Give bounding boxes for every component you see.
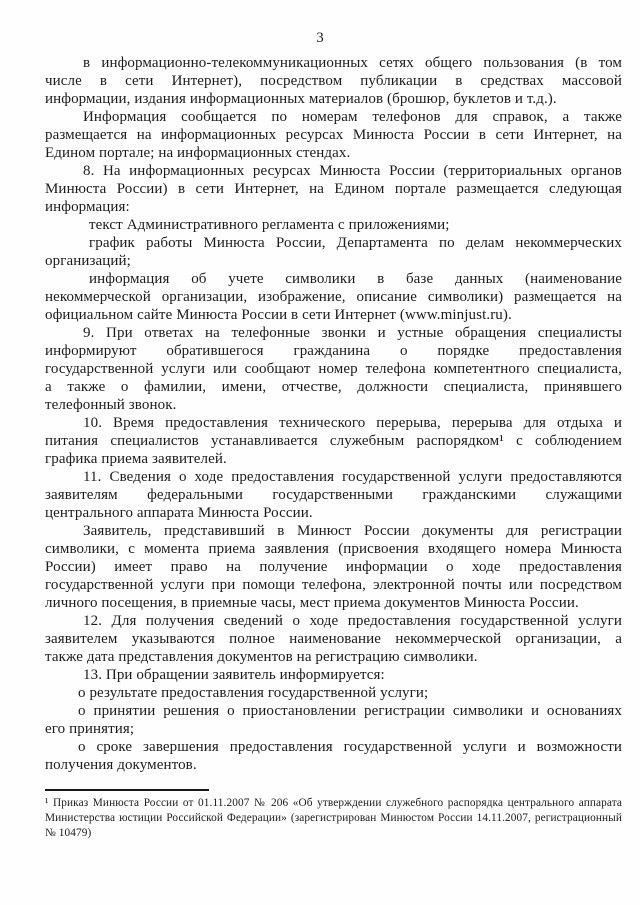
paragraph: о сроке завершения предоставления госуда… bbox=[45, 738, 622, 774]
text-line: получения документов. bbox=[45, 756, 622, 774]
text-line: о результате предоставления государствен… bbox=[45, 684, 622, 702]
paragraph: о принятии решения о приостановлении рег… bbox=[45, 702, 622, 738]
text-line: график работы Минюста России, Департамен… bbox=[45, 234, 622, 252]
page-number: 3 bbox=[0, 30, 640, 46]
footnote-line: ¹ Приказ Минюста России от 01.11.2007 № … bbox=[45, 796, 622, 811]
text-line: 8. На информационных ресурсах Минюста Ро… bbox=[45, 162, 622, 180]
text-line: 10. Время предоставления технического пе… bbox=[45, 414, 622, 432]
text-line: организаций; bbox=[45, 252, 622, 270]
footnote: ¹ Приказ Минюста России от 01.11.2007 № … bbox=[45, 796, 622, 841]
text-line: заявителем указываются полное наименован… bbox=[45, 630, 622, 648]
text-line: символики, с момента приема заявления (п… bbox=[45, 540, 622, 558]
paragraph: график работы Минюста России, Департамен… bbox=[45, 234, 622, 270]
text-line: телефонный звонок. bbox=[45, 396, 622, 414]
text-line: а также о фамилии, имени, отчестве, долж… bbox=[45, 378, 622, 396]
text-line: государственной услуги или сообщают номе… bbox=[45, 360, 622, 378]
text-line: размещается на информационных ресурсах М… bbox=[45, 126, 622, 144]
text-line: личного посещения, в приемные часы, мест… bbox=[45, 594, 622, 612]
paragraph: в информационно-телекоммуникационных сет… bbox=[45, 54, 622, 108]
paragraph: о результате предоставления государствен… bbox=[45, 684, 622, 702]
text-line: Едином портале; на информационных стенда… bbox=[45, 144, 622, 162]
text-line: информируют обратившегося гражданина о п… bbox=[45, 342, 622, 360]
paragraph: 11. Сведения о ходе предоставления госуд… bbox=[45, 468, 622, 522]
text-line: информация об учете символики в базе дан… bbox=[45, 270, 622, 288]
paragraph: 8. На информационных ресурсах Минюста Ро… bbox=[45, 162, 622, 216]
paragraph: 12. Для получения сведений о ходе предос… bbox=[45, 612, 622, 666]
text-line: информации, издания информационных матер… bbox=[45, 90, 622, 108]
footnote-line: Министерства юстиции Российской Федераци… bbox=[45, 811, 622, 826]
text-line: официальном сайте Минюста России в сети … bbox=[45, 306, 622, 324]
paragraph: Информация сообщается по номерам телефон… bbox=[45, 108, 622, 162]
text-line: также дата представления документов на р… bbox=[45, 648, 622, 666]
paragraph: Заявитель, представивший в Минюст России… bbox=[45, 522, 622, 612]
text-line: числе в сети Интернет), посредством публ… bbox=[45, 72, 622, 90]
text-line: 9. При ответах на телефонные звонки и ус… bbox=[45, 324, 622, 342]
text-line: 12. Для получения сведений о ходе предос… bbox=[45, 612, 622, 630]
text-line: текст Административного регламента с при… bbox=[45, 216, 622, 234]
text-line: Минюста России) в сети Интернет, на Един… bbox=[45, 180, 622, 198]
text-line: в информационно-телекоммуникационных сет… bbox=[45, 54, 622, 72]
text-line: Заявитель, представивший в Минюст России… bbox=[45, 522, 622, 540]
text-line: некоммерческой организации, изображение,… bbox=[45, 288, 622, 306]
text-line: 13. При обращении заявитель информируетс… bbox=[45, 666, 622, 684]
text-line: его принятия; bbox=[45, 720, 622, 738]
text-line: информация: bbox=[45, 198, 622, 216]
text-line: о сроке завершения предоставления госуда… bbox=[45, 738, 622, 756]
text-line: о принятии решения о приостановлении рег… bbox=[45, 702, 622, 720]
paragraph: текст Административного регламента с при… bbox=[45, 216, 622, 234]
footnote-divider bbox=[45, 789, 209, 791]
document-body: в информационно-телекоммуникационных сет… bbox=[45, 54, 622, 774]
document-page: 3 в информационно-телекоммуникационных с… bbox=[0, 0, 640, 905]
text-line: Информация сообщается по номерам телефон… bbox=[45, 108, 622, 126]
text-line: государственной услуги при помощи телефо… bbox=[45, 576, 622, 594]
text-line: центрального аппарата Минюста России. bbox=[45, 504, 622, 522]
paragraph: 9. При ответах на телефонные звонки и ус… bbox=[45, 324, 622, 414]
text-line: графика приема заявителей. bbox=[45, 450, 622, 468]
paragraph: 10. Время предоставления технического пе… bbox=[45, 414, 622, 468]
text-line: России) имеет право на получение информа… bbox=[45, 558, 622, 576]
footnote-line: № 10479) bbox=[45, 826, 622, 841]
text-line: заявителям федеральными государственными… bbox=[45, 486, 622, 504]
paragraph: 13. При обращении заявитель информируетс… bbox=[45, 666, 622, 684]
paragraph: информация об учете символики в базе дан… bbox=[45, 270, 622, 324]
text-line: питания специалистов устанавливается слу… bbox=[45, 432, 622, 450]
text-line: 11. Сведения о ходе предоставления госуд… bbox=[45, 468, 622, 486]
